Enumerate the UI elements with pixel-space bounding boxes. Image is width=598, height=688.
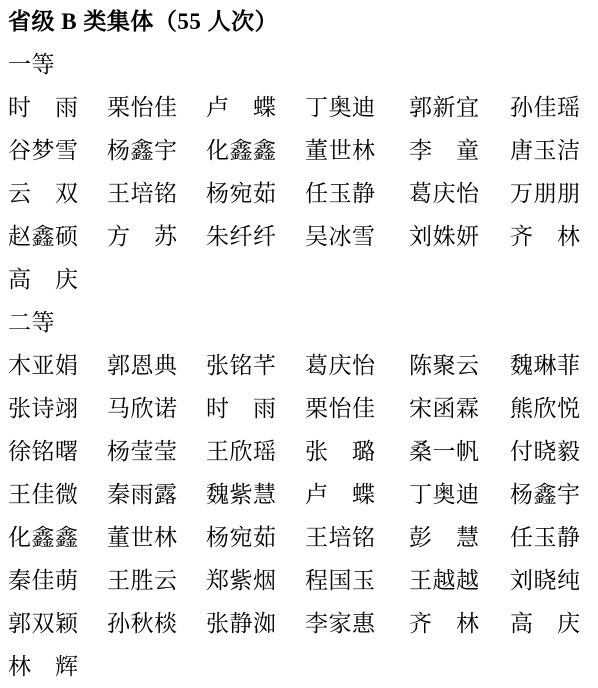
person-name: 赵鑫硕 bbox=[8, 215, 107, 258]
person-name: 王培铭 bbox=[305, 516, 409, 559]
person-name: 孙秋棪 bbox=[107, 602, 206, 645]
person-name: 丁奥迪 bbox=[409, 473, 510, 516]
name-row: 徐铭曙杨莹莹王欣瑶张 璐桑一帆付晓毅 bbox=[8, 430, 596, 473]
person-name: 丁奥迪 bbox=[305, 86, 409, 129]
person-name: 木亚娟 bbox=[8, 344, 107, 387]
person-name: 时 雨 bbox=[8, 86, 107, 129]
person-name: 时 雨 bbox=[206, 387, 305, 430]
person-name: 魏紫慧 bbox=[206, 473, 305, 516]
person-name: 任玉静 bbox=[305, 172, 409, 215]
person-name: 林 辉 bbox=[8, 645, 107, 688]
section-label: 一等 bbox=[8, 43, 596, 86]
name-row: 林 辉 bbox=[8, 645, 596, 688]
person-name: 高 庆 bbox=[8, 258, 107, 301]
document-page: 省级 B 类集体（55 人次） 一等时 雨栗怡佳卢 蝶丁奥迪郭新宜孙佳瑶谷梦雪杨… bbox=[0, 0, 598, 688]
person-name: 杨莹莹 bbox=[107, 430, 206, 473]
person-name: 王胜云 bbox=[107, 559, 206, 602]
name-row: 王佳微秦雨露魏紫慧卢 蝶丁奥迪杨鑫宇 bbox=[8, 473, 596, 516]
person-name: 马欣诺 bbox=[107, 387, 206, 430]
section-label: 二等 bbox=[8, 301, 596, 344]
person-name: 张静洳 bbox=[206, 602, 305, 645]
person-name: 刘姝妍 bbox=[409, 215, 510, 258]
person-name: 高 庆 bbox=[510, 602, 596, 645]
person-name: 杨鑫宇 bbox=[107, 129, 206, 172]
person-name: 张 璐 bbox=[305, 430, 409, 473]
person-name: 朱纤纤 bbox=[206, 215, 305, 258]
person-name: 栗怡佳 bbox=[305, 387, 409, 430]
person-name: 卢 蝶 bbox=[206, 86, 305, 129]
person-name: 彭 慧 bbox=[409, 516, 510, 559]
name-row: 木亚娟郭恩典张铭芊葛庆怡陈聚云魏琳菲 bbox=[8, 344, 596, 387]
name-row: 化鑫鑫董世林杨宛茹王培铭彭 慧任玉静 bbox=[8, 516, 596, 559]
person-name: 郭恩典 bbox=[107, 344, 206, 387]
person-name: 栗怡佳 bbox=[107, 86, 206, 129]
person-name: 王欣瑶 bbox=[206, 430, 305, 473]
person-name: 程国玉 bbox=[305, 559, 409, 602]
person-name: 李 童 bbox=[409, 129, 510, 172]
name-row: 云 双王培铭杨宛茹任玉静葛庆怡万朋朋 bbox=[8, 172, 596, 215]
person-name: 吴冰雪 bbox=[305, 215, 409, 258]
person-name: 葛庆怡 bbox=[305, 344, 409, 387]
name-row: 郭双颖孙秋棪张静洳李家惠齐 林高 庆 bbox=[8, 602, 596, 645]
person-name: 齐 林 bbox=[510, 215, 596, 258]
person-name: 万朋朋 bbox=[510, 172, 596, 215]
person-name: 付晓毅 bbox=[510, 430, 596, 473]
person-name: 杨宛茹 bbox=[206, 172, 305, 215]
person-name: 孙佳瑶 bbox=[510, 86, 596, 129]
person-name: 王越越 bbox=[409, 559, 510, 602]
person-name: 秦佳萌 bbox=[8, 559, 107, 602]
person-name: 熊欣悦 bbox=[510, 387, 596, 430]
person-name: 徐铭曙 bbox=[8, 430, 107, 473]
person-name: 王佳微 bbox=[8, 473, 107, 516]
name-row: 张诗翊马欣诺时 雨栗怡佳宋函霖熊欣悦 bbox=[8, 387, 596, 430]
person-name: 任玉静 bbox=[510, 516, 596, 559]
person-name: 魏琳菲 bbox=[510, 344, 596, 387]
person-name: 卢 蝶 bbox=[305, 473, 409, 516]
person-name: 方 苏 bbox=[107, 215, 206, 258]
person-name: 郭新宜 bbox=[409, 86, 510, 129]
name-row: 时 雨栗怡佳卢 蝶丁奥迪郭新宜孙佳瑶 bbox=[8, 86, 596, 129]
person-name: 郭双颖 bbox=[8, 602, 107, 645]
person-name: 齐 林 bbox=[409, 602, 510, 645]
person-name: 董世林 bbox=[107, 516, 206, 559]
sections-container: 一等时 雨栗怡佳卢 蝶丁奥迪郭新宜孙佳瑶谷梦雪杨鑫宇化鑫鑫董世林李 童唐玉洁云 … bbox=[8, 43, 596, 688]
person-name: 张诗翊 bbox=[8, 387, 107, 430]
person-name: 李家惠 bbox=[305, 602, 409, 645]
person-name: 桑一帆 bbox=[409, 430, 510, 473]
person-name: 郑紫烟 bbox=[206, 559, 305, 602]
person-name: 化鑫鑫 bbox=[206, 129, 305, 172]
name-row: 高 庆 bbox=[8, 258, 596, 301]
person-name: 陈聚云 bbox=[409, 344, 510, 387]
person-name: 王培铭 bbox=[107, 172, 206, 215]
person-name: 刘晓纯 bbox=[510, 559, 596, 602]
name-row: 赵鑫硕方 苏朱纤纤吴冰雪刘姝妍齐 林 bbox=[8, 215, 596, 258]
person-name: 化鑫鑫 bbox=[8, 516, 107, 559]
name-row: 谷梦雪杨鑫宇化鑫鑫董世林李 童唐玉洁 bbox=[8, 129, 596, 172]
person-name: 谷梦雪 bbox=[8, 129, 107, 172]
person-name: 宋函霖 bbox=[409, 387, 510, 430]
person-name: 张铭芊 bbox=[206, 344, 305, 387]
person-name: 杨鑫宇 bbox=[510, 473, 596, 516]
person-name: 云 双 bbox=[8, 172, 107, 215]
page-title: 省级 B 类集体（55 人次） bbox=[8, 0, 596, 43]
person-name: 杨宛茹 bbox=[206, 516, 305, 559]
person-name: 秦雨露 bbox=[107, 473, 206, 516]
person-name: 董世林 bbox=[305, 129, 409, 172]
name-row: 秦佳萌王胜云郑紫烟程国玉王越越刘晓纯 bbox=[8, 559, 596, 602]
person-name: 唐玉洁 bbox=[510, 129, 596, 172]
person-name: 葛庆怡 bbox=[409, 172, 510, 215]
